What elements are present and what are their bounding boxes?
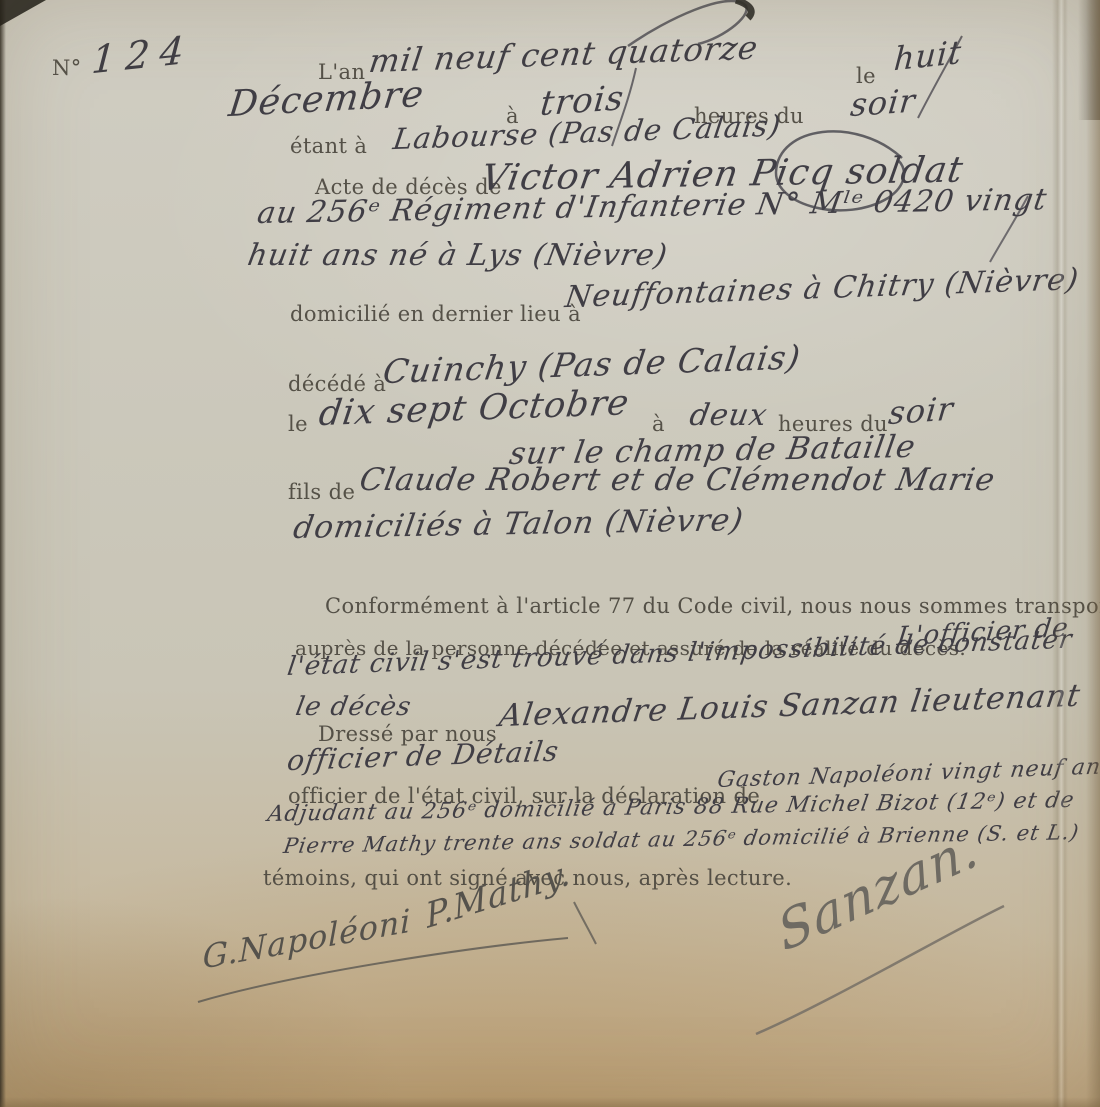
month-handwritten: Décembre [228, 74, 425, 125]
place-handwritten: Labourse (Pas de Calais) [393, 108, 782, 156]
act-number-label: N° [52, 56, 82, 80]
death-certificate-page: N° 124 L'an mil neuf cent quatorze le hu… [0, 0, 1100, 1107]
annotation-line3-handwritten: le décès [296, 692, 411, 722]
death-period-handwritten: soir [887, 390, 955, 432]
article77-line1: Conformément à l'article 77 du Code civi… [325, 594, 1100, 618]
page-edge-left [0, 0, 6, 1107]
death-hour-handwritten: deux [690, 398, 767, 433]
page-edge-right [1086, 0, 1100, 1107]
time-of-day-handwritten: soir [849, 82, 917, 124]
fils-de-label: fils de [288, 480, 355, 504]
death-le-label: le [288, 412, 308, 436]
corner-shadow-top-left [0, 0, 46, 26]
age-birthplace-handwritten: huit ans né à Lys (Nièvre) [248, 238, 667, 273]
etant-a-label: étant à [290, 134, 367, 158]
declarant1-handwritten: Gaston Napoléoni vingt neuf ans [717, 754, 1100, 793]
day-handwritten: huit [892, 33, 964, 78]
officiant-handwritten: Alexandre Louis Sanzan lieutenant [499, 678, 1081, 734]
death-place-handwritten: Cuinchy (Pas de Calais) [383, 337, 802, 391]
annotation-line2-handwritten: l'état civil s'est trouvé dans l'impossi… [287, 625, 1073, 682]
parents-domicile-handwritten: domiciliés à Talon (Nièvre) [293, 502, 743, 546]
parents-handwritten: Claude Robert et de Clémendot Marie [360, 462, 995, 498]
page-edge-bottom [0, 1097, 1100, 1107]
domicile-label: domicilié en dernier lieu à [290, 302, 581, 326]
year-handwritten: mil neuf cent quatorze [369, 28, 759, 80]
act-number-value: 124 [89, 28, 196, 82]
fold-crease-right [1052, 0, 1068, 1107]
signature-napoleoni: G.Napoléoni [199, 902, 414, 976]
